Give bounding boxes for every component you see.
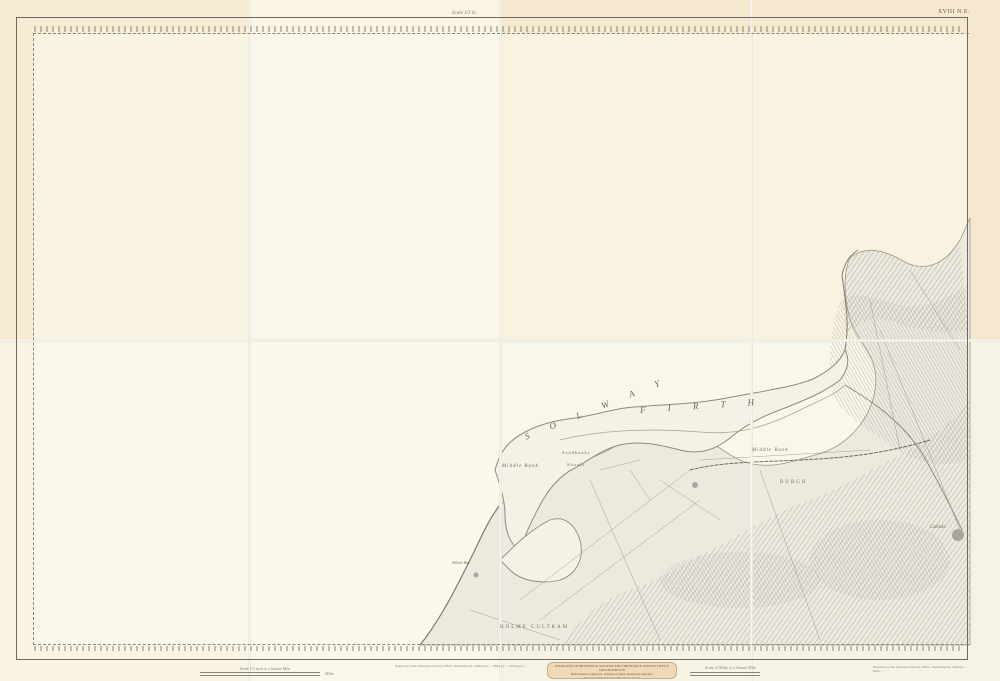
sheet-number: XVIII N.E. [938, 9, 970, 15]
scale-bar-left [200, 672, 320, 676]
graticule-ticks-top [34, 26, 964, 32]
label-silloth: Silloth Bay [452, 560, 470, 565]
cartouche-line-4: Sheet published by the Director General [548, 676, 676, 679]
imprint-right: Engraved at the Ordnance Survey Office, … [873, 665, 973, 673]
label-middle-bank-east: Middle Bank [752, 448, 789, 453]
label-middle-bank-west: Middle Bank [502, 464, 539, 469]
map-inner-border [33, 33, 969, 645]
label-sandbanks: Sandbanks [562, 450, 591, 455]
graticule-ticks-bottom [34, 646, 964, 651]
scale-label-right: Scale of Miles to a Statute Mile [705, 665, 756, 670]
scale-unit-left: Miles [325, 671, 334, 676]
scale-bar-right [690, 672, 760, 676]
imprint-left: Engraved at the Ordnance Survey Office, … [395, 664, 545, 668]
map-sheet: XVIII N.E. Scale 1/2 in. S O L W A Y F I… [0, 0, 1000, 681]
top-margin-note: Scale 1/2 in. [452, 11, 477, 16]
label-burgh: BURGH [780, 480, 808, 485]
label-carlisle: Carlisle [930, 525, 946, 530]
label-shoals: Shoals [567, 462, 585, 467]
publication-cartouche: ENGRAVED, PUBLISHED & SOLD BY THE ORDNAN… [547, 662, 677, 679]
scale-label-left: Scale 1/2 inch to a Statute Mile [240, 666, 290, 671]
label-holme-cultram: HOLME CULTRAM [500, 625, 569, 630]
